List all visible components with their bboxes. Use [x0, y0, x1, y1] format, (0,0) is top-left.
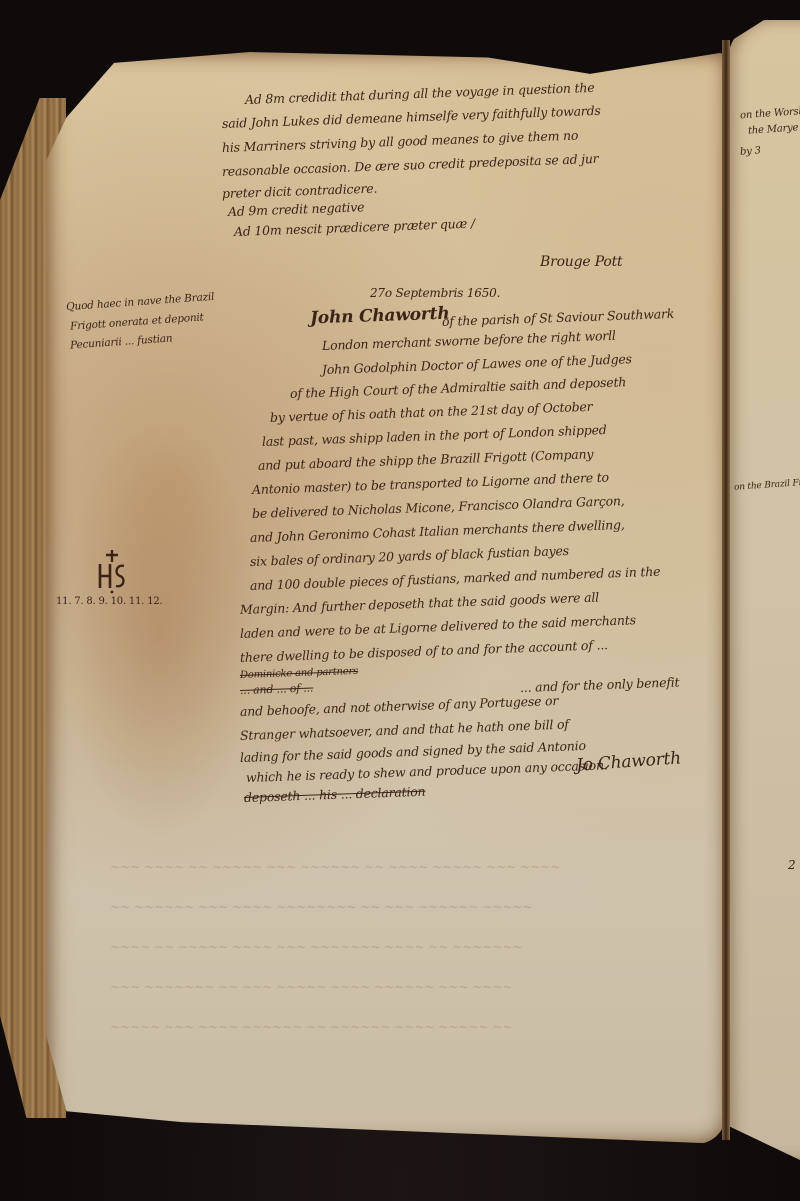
right-page-note-1: on the Worshi — [740, 106, 800, 122]
book-gutter — [722, 40, 730, 1140]
right-page: on the Worshi the Marye by 3 on the Braz… — [728, 20, 800, 1160]
right-page-number: 2 — [788, 858, 795, 872]
right-page-note-3: by 3 — [740, 145, 762, 157]
ihs-merchant-mark-icon — [92, 548, 132, 594]
merchant-mark-numbers: 11. 7. 8. 9. 10. 11. 12. — [56, 596, 163, 607]
right-page-note-2: the Marye — [748, 122, 799, 136]
docket-mark: Brouge Pott — [540, 254, 622, 270]
right-page-margin-note: on the Brazil Frigg — [734, 477, 800, 493]
deposition-date: 27o Septembris 1650. — [370, 286, 500, 300]
struck-line: ... and ... of ... — [240, 681, 314, 697]
